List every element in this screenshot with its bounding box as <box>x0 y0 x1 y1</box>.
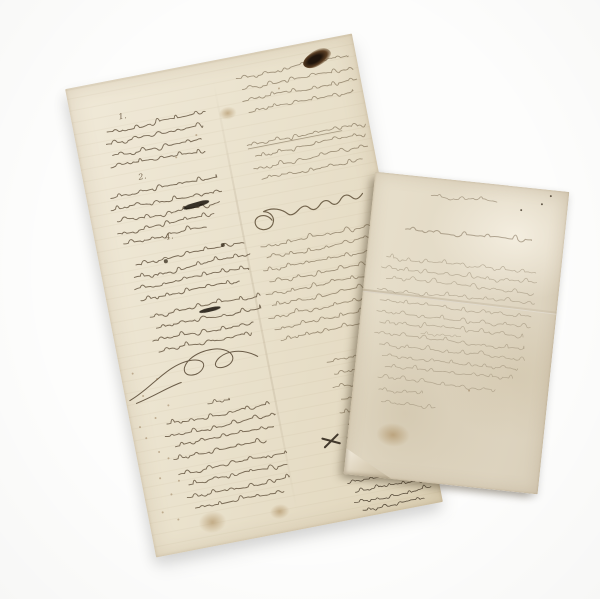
handwriting-line <box>379 340 525 362</box>
handwriting-line <box>378 386 422 396</box>
letter-page <box>344 172 570 495</box>
handwriting-line <box>110 174 217 200</box>
handwriting-line <box>158 329 252 353</box>
handwriting-line <box>380 318 524 339</box>
handwriting-line <box>253 143 368 171</box>
handwriting-line <box>405 224 531 245</box>
handwriting-line <box>431 192 497 205</box>
handwriting-line <box>247 120 366 149</box>
handwriting-line <box>261 157 362 181</box>
handwriting-line <box>106 122 204 147</box>
handwriting-layer-letter <box>344 172 570 495</box>
handwriting-line <box>152 318 253 344</box>
handwriting-line <box>381 400 435 410</box>
ink-fleck <box>164 259 168 263</box>
handwriting-line <box>382 353 518 372</box>
handwriting-line <box>207 397 230 405</box>
handwriting-line <box>381 263 537 286</box>
handwriting-line <box>377 308 531 330</box>
handwriting-line <box>242 65 353 91</box>
handwriting-line <box>248 89 353 114</box>
handwriting-line <box>166 401 270 427</box>
handwriting-line <box>380 297 532 318</box>
damp-stain <box>375 421 411 448</box>
handwriting-line <box>386 253 536 275</box>
handwriting-line <box>354 484 432 505</box>
handwriting-line <box>175 424 274 447</box>
handwriting-line <box>242 76 357 104</box>
handwriting-line <box>260 220 379 249</box>
handwriting-line <box>133 250 250 281</box>
handwriting-line <box>363 496 425 512</box>
stanza-number-4: 4. <box>164 231 174 241</box>
handwriting-line <box>149 291 260 319</box>
title-flourish-word <box>253 191 366 231</box>
stanza-number-1: 1. <box>118 111 128 121</box>
handwriting-line <box>140 278 239 302</box>
handwriting-line <box>188 462 287 487</box>
handwriting-line <box>173 437 267 461</box>
handwriting-line <box>135 240 244 267</box>
handwriting-line <box>187 474 290 500</box>
handwriting-line <box>112 136 201 159</box>
handwriting-line <box>385 362 513 381</box>
handwriting-line <box>377 284 535 308</box>
stanza-number-2: 2. <box>137 171 147 181</box>
photo-background: 1. 2. 4. <box>0 0 600 599</box>
